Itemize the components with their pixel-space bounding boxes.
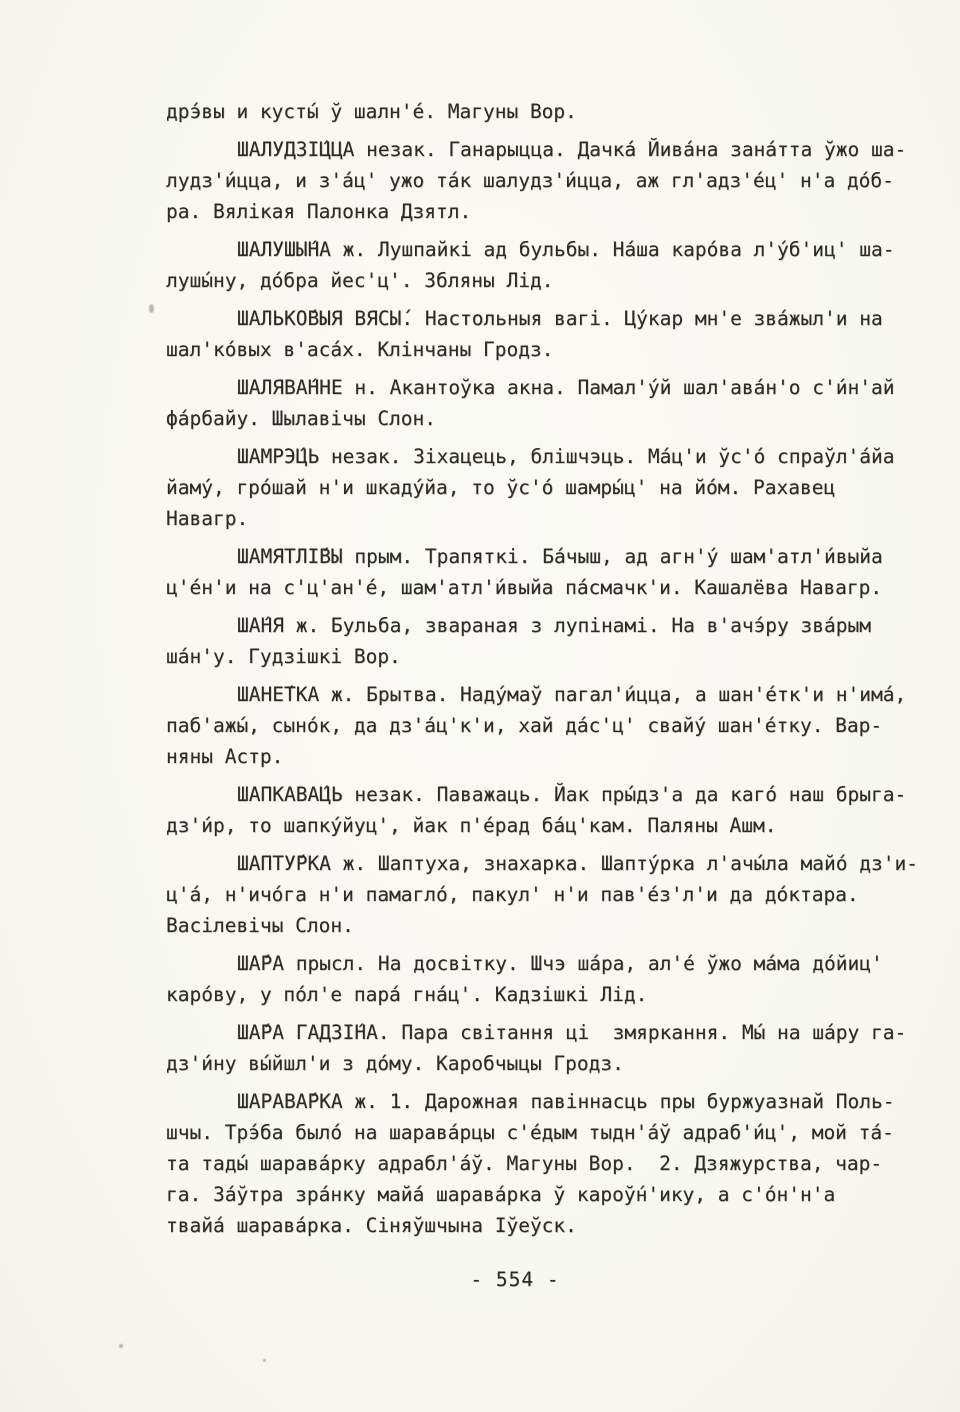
entry-first-line: ШАЛЯВА́ННЕ н. Акантоўка акна. Памал'у́й … [166,372,928,403]
entry-line: твайа́ шарава́рка. Сіняўшчына Іўеўск. [166,1210,928,1241]
dictionary-entry: ШАНЕ́ТКА ж. Брытва. Наду́маў пагал'и́цца… [166,679,928,772]
dictionary-entry: ШАЛЯВА́ННЕ н. Акантоўка акна. Памал'у́й … [166,372,928,434]
entry-first-line: ША́РА прысл. На досвітку. Шчэ ша́ра, ал'… [166,948,928,979]
dictionary-entry: ШАМЯТЛІ́ВЫ прым. Трапяткі. Ба́чыш, ад аг… [166,541,928,603]
entry-first-line: ШАЛУШЫ́НА ж. Лушпайкі ад бульбы. На́ша к… [166,234,928,265]
entry-line: дз'и́ну вы́йшл'и з до́му. Каробчыцы Грод… [166,1048,928,1079]
dictionary-entry: дрэ́вы и кусты́ ў шалн'е́. Магуны Вор. [166,96,928,127]
dictionary-entry: ШАРАВА́РКА ж. 1. Дарожная павіннасць пры… [166,1086,928,1241]
entry-line: Навагр. [166,503,928,534]
entry-line: шчы. Трэ́ба было́ на шарава́рцы с'е́дым … [166,1117,928,1148]
dictionary-entry: ШАЛЬКО́ВЫЯ ВЯСЫ́. Настольныя вагі. Цу́ка… [166,303,928,365]
scan-speck [149,304,154,313]
dictionary-entry: ША́РА прысл. На досвітку. Шчэ ша́ра, ал'… [166,948,928,1010]
dictionary-entry: ША́НЯ ж. Бульба, звараная з лупінамі. На… [166,610,928,672]
entry-first-line: ШАРАВА́РКА ж. 1. Дарожная павіннасць пры… [166,1086,928,1117]
entry-line: Васілевічы Слон. [166,910,928,941]
entry-line: лушы́ну, до́бра йес'ц'. Збляны Лід. [166,265,928,296]
dictionary-entry: ШАЛУДЗІ́ЦЦА незак. Ганарыцца. Дачка́ Йив… [166,134,928,227]
dictionary-entry: ША́РА ГАДЗІ́НА. Пара світання ці змяркан… [166,1017,928,1079]
scan-speck [263,1359,266,1362]
entry-line: паб'ажы́, сыно́к, да дз'а́ц'к'и, хай да́… [166,710,928,741]
dictionary-entry: ШАПТУ́РКА ж. Шаптуха, знахарка. Шапту́рк… [166,848,928,941]
dictionary-entry: ШАПКАВА́ЦЬ незак. Паважаць. Йак пры́дз'а… [166,779,928,841]
entry-first-line: ШАМЯТЛІ́ВЫ прым. Трапяткі. Ба́чыш, ад аг… [166,541,928,572]
dictionary-page: дрэ́вы и кусты́ ў шалн'е́. Магуны Вор.ША… [0,0,960,1412]
scan-speck [119,1344,123,1348]
entry-line: няны Астр. [166,741,928,772]
entry-line: ра. Вялікая Палонка Дзятл. [166,196,928,227]
entry-line: ц'а́, н'ичо́га н'и памагло́, пакул' н'и … [166,879,928,910]
dictionary-text-block: дрэ́вы и кусты́ ў шалн'е́. Магуны Вор.ША… [166,96,928,1248]
entry-line: йаму́, гро́шай н'и шкаду́йа, то ўс'о́ ша… [166,472,928,503]
entry-first-line: ША́РА ГАДЗІ́НА. Пара світання ці змяркан… [166,1017,928,1048]
entry-first-line: ШАПКАВА́ЦЬ незак. Паважаць. Йак пры́дз'а… [166,779,928,810]
entry-line: каро́ву, у по́л'е пара́ гна́ц'. Кадзішкі… [166,979,928,1010]
entry-line: шал'ко́вых в'аса́х. Клінчаны Гродз. [166,334,928,365]
entry-line: ша́н'у. Гудзішкі Вор. [166,641,928,672]
entry-first-line: ШАЛЬКО́ВЫЯ ВЯСЫ́. Настольныя вагі. Цу́ка… [166,303,928,334]
entry-line: ц'е́н'и на с'ц'ан'е́, шам'атл'и́выйа па́… [166,572,928,603]
entry-first-line: дрэ́вы и кусты́ ў шалн'е́. Магуны Вор. [166,96,928,127]
entry-line: дз'и́р, то шапку́йуц', йак п'е́рад ба́ц'… [166,810,928,841]
page-number: - 554 - [470,1268,559,1291]
dictionary-entry: ШАЛУШЫ́НА ж. Лушпайкі ад бульбы. На́ша к… [166,234,928,296]
entry-line: лудз'и́цца, и з'а́ц' ужо та́к шалудз'и́ц… [166,165,928,196]
entry-first-line: ША́НЯ ж. Бульба, звараная з лупінамі. На… [166,610,928,641]
entry-first-line: ШАМРЭ́ЦЬ незак. Зіхацець, блішчэць. Ма́ц… [166,441,928,472]
entry-first-line: ШАПТУ́РКА ж. Шаптуха, знахарка. Шапту́рк… [166,848,928,879]
entry-first-line: ШАЛУДЗІ́ЦЦА незак. Ганарыцца. Дачка́ Йив… [166,134,928,165]
dictionary-entry: ШАМРЭ́ЦЬ незак. Зіхацець, блішчэць. Ма́ц… [166,441,928,534]
entry-line: фа́рбайу. Шылавічы Слон. [166,403,928,434]
entry-line: га. За́ўтра зра́нку майа́ шарава́рка ў к… [166,1179,928,1210]
entry-first-line: ШАНЕ́ТКА ж. Брытва. Наду́маў пагал'и́цца… [166,679,928,710]
entry-line: та тады́ шарава́рку адрабл'а́ў. Магуны В… [166,1148,928,1179]
